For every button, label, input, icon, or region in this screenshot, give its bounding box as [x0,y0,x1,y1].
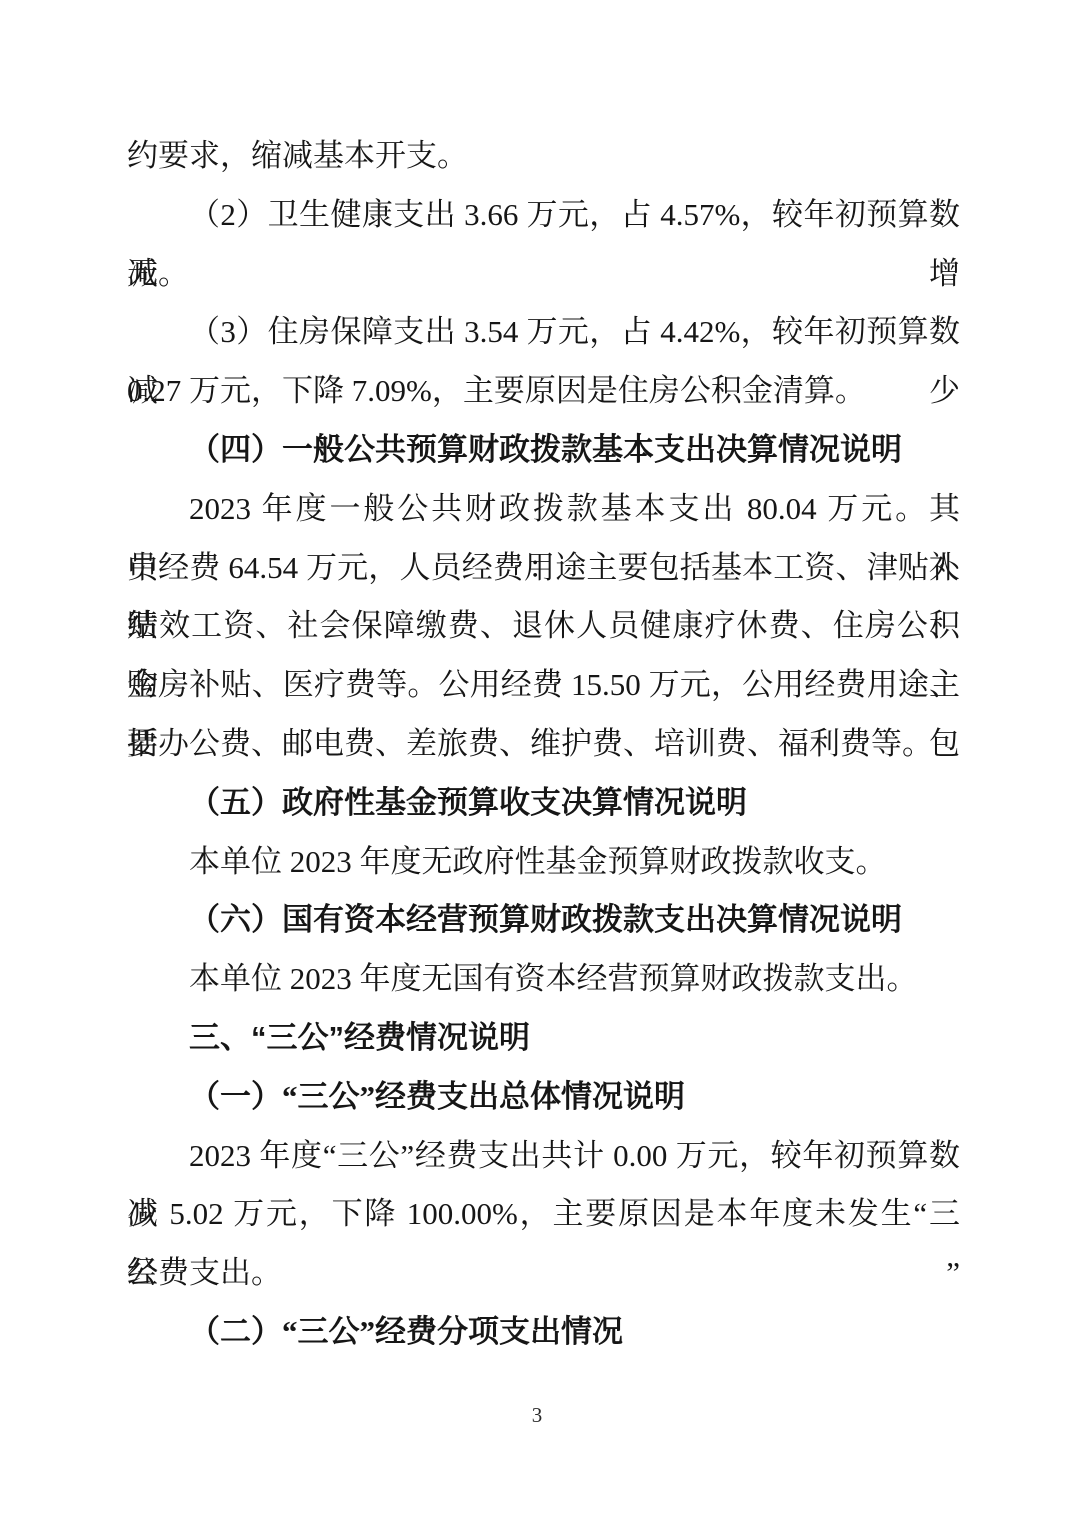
text-line: 2023 年度一般公共财政拨款基本支出 80.04 万元。其中：人 [127,480,960,539]
section-heading: （六）国有资本经营预算财政拨款支出决算情况说明 [127,891,960,950]
text-line: 员经费 64.54 万元，人员经费用途主要包括基本工资、津贴补贴、 [127,539,960,598]
text-line: 购房补贴、医疗费等。公用经费 15.50 万元，公用经费用途主要包 [127,656,960,715]
text-line: 约要求，缩减基本开支。 [127,127,960,186]
section-heading: （四）一般公共预算财政拨款基本支出决算情况说明 [127,421,960,480]
text-line: （3）住房保障支出 3.54 万元，占 4.42%，较年初预算数减少 [127,303,960,362]
text-line: 本单位 2023 年度无国有资本经营预算财政拨款支出。 [127,950,960,1009]
page-number: 3 [0,1400,1074,1430]
text-line: 少 5.02 万元，下降 100.00%，主要原因是本年度未发生“三公” [127,1185,960,1244]
section-heading: （二）“三公”经费分项支出情况 [127,1303,960,1362]
section-heading: 三、“三公”经费情况说明 [127,1009,960,1068]
document-body: 约要求，缩减基本开支。（2）卫生健康支出 3.66 万元，占 4.57%，较年初… [127,127,960,1362]
text-line: 绩效工资、社会保障缴费、退休人员健康疗休费、住房公积金、 [127,597,960,656]
text-line: （2）卫生健康支出 3.66 万元，占 4.57%，较年初预算数无增 [127,186,960,245]
section-heading: （一）“三公”经费支出总体情况说明 [127,1068,960,1127]
text-line: 2023 年度“三公”经费支出共计 0.00 万元，较年初预算数减 [127,1127,960,1186]
text-line: 括办公费、邮电费、差旅费、维护费、培训费、福利费等。 [127,715,960,774]
section-heading: （五）政府性基金预算收支决算情况说明 [127,774,960,833]
text-line: 0.27 万元，下降 7.09%，主要原因是住房公积金清算。 [127,362,960,421]
document-page: 约要求，缩减基本开支。（2）卫生健康支出 3.66 万元，占 4.57%，较年初… [0,0,1074,1520]
text-line: 本单位 2023 年度无政府性基金预算财政拨款收支。 [127,833,960,892]
